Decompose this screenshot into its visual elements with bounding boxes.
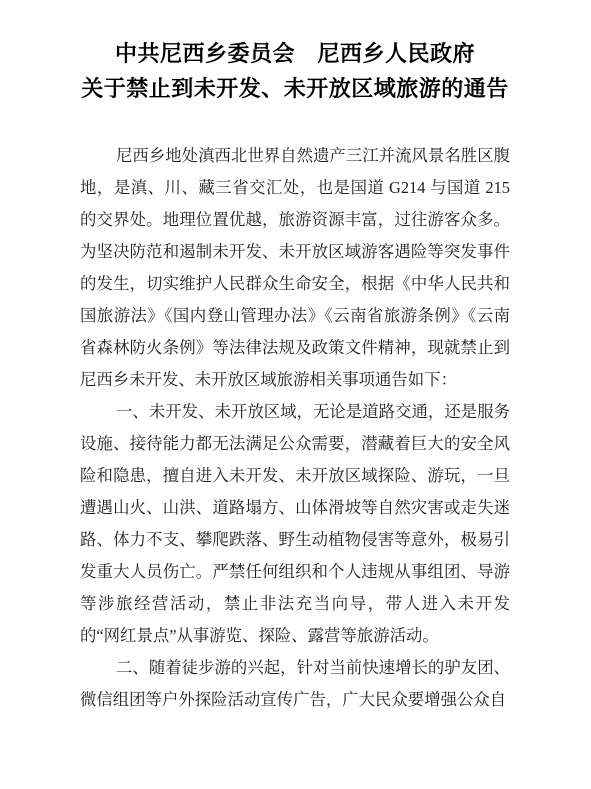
- doc-title: 中共尼西乡委员会 尼西乡人民政府 关于禁止到未开发、未开放区域旅游的通告: [66, 36, 524, 106]
- doc-paragraph-item-2: 二、随着徒步游的兴起，针对当前快速增长的驴友团、微信组团等户外探险活动宣传广告，…: [80, 652, 510, 716]
- doc-paragraph-item-1: 一、未开发、未开放区域，无论是道路交通，还是服务设施、接待能力都无法满足公众需要…: [80, 396, 510, 652]
- doc-title-line1: 中共尼西乡委员会 尼西乡人民政府: [66, 36, 524, 71]
- document-page: 中共尼西乡委员会 尼西乡人民政府 关于禁止到未开发、未开放区域旅游的通告 尼西乡…: [0, 0, 591, 789]
- doc-body: 尼西乡地处滇西北世界自然遗产三江并流风景名胜区腹地，是滇、川、藏三省交汇处，也是…: [80, 140, 510, 716]
- doc-paragraph-intro: 尼西乡地处滇西北世界自然遗产三江并流风景名胜区腹地，是滇、川、藏三省交汇处，也是…: [80, 140, 510, 396]
- doc-title-line2: 关于禁止到未开发、未开放区域旅游的通告: [66, 71, 524, 106]
